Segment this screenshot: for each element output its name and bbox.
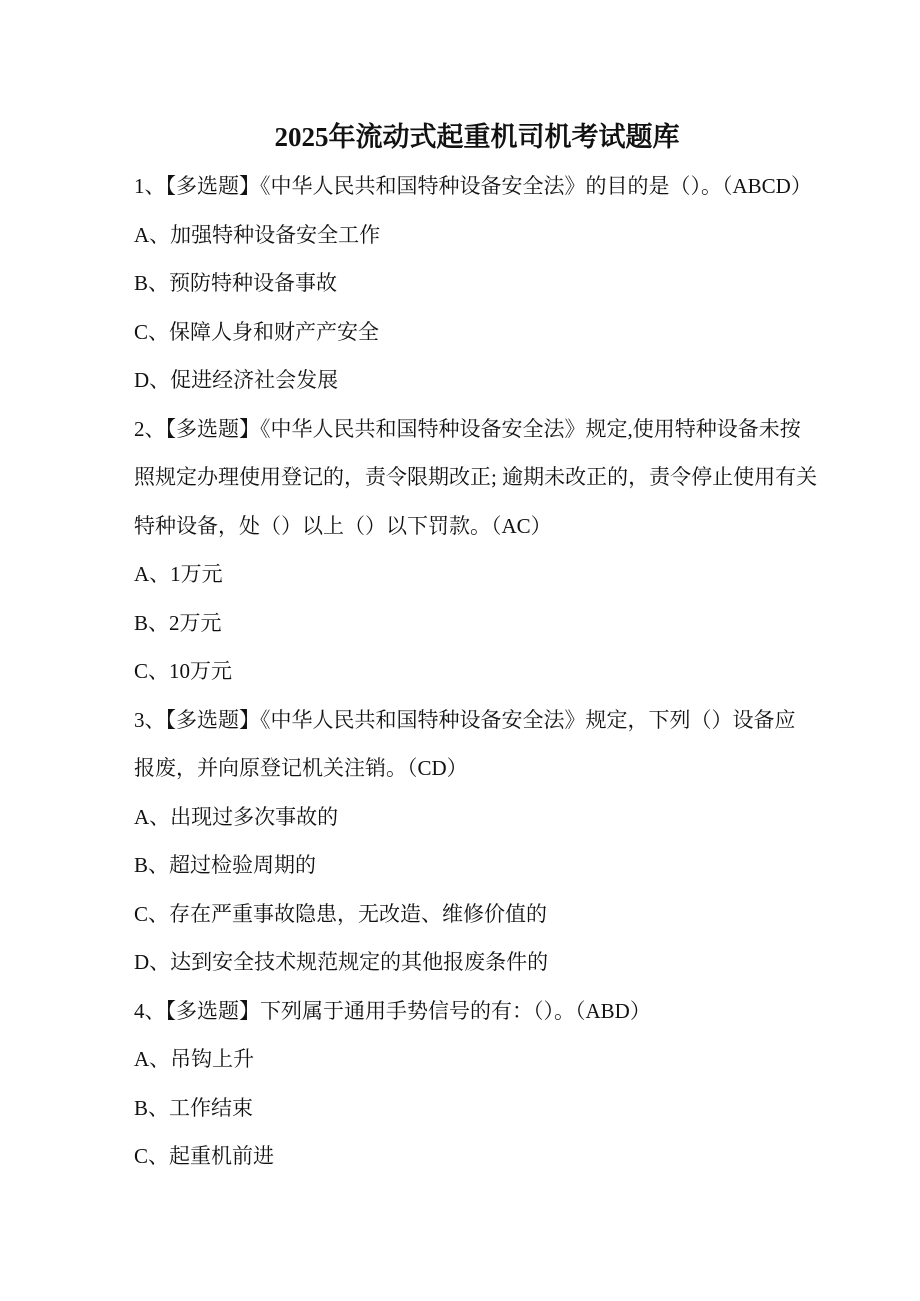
question-1-option-d: D、促进经济社会发展 [134, 356, 820, 405]
question-2-stem-line-2: 照规定办理使用登记的，责令限期改正; 逾期未改正的，责令停止使用有关 [134, 453, 820, 502]
question-2: 2、【多选题】《中华人民共和国特种设备安全法》规定,使用特种设备未按 照规定办理… [134, 405, 820, 696]
question-1-option-c: C、保障人身和财产产安全 [134, 308, 820, 357]
question-4-option-c: C、起重机前进 [134, 1132, 820, 1181]
question-4-stem-line-1: 4、【多选题】下列属于通用手势信号的有：（）。（ABD） [134, 987, 820, 1036]
question-1-stem-line-1: 1、【多选题】《中华人民共和国特种设备安全法》的目的是（）。（ABCD） [134, 162, 820, 211]
document-page: 2025年流动式起重机司机考试题库 1、【多选题】《中华人民共和国特种设备安全法… [0, 0, 920, 1301]
question-3-stem-line-2: 报废，并向原登记机关注销。（CD） [134, 744, 820, 793]
question-3-option-c: C、存在严重事故隐患，无改造、维修价值的 [134, 890, 820, 939]
question-2-option-a: A、1万元 [134, 550, 820, 599]
question-3: 3、【多选题】《中华人民共和国特种设备安全法》规定，下列（）设备应 报废，并向原… [134, 696, 820, 987]
question-2-stem-line-1: 2、【多选题】《中华人民共和国特种设备安全法》规定,使用特种设备未按 [134, 405, 820, 454]
question-4-option-a: A、吊钩上升 [134, 1035, 820, 1084]
question-3-option-b: B、超过检验周期的 [134, 841, 820, 890]
question-4: 4、【多选题】下列属于通用手势信号的有：（）。（ABD） A、吊钩上升 B、工作… [134, 987, 820, 1181]
question-2-option-c: C、10万元 [134, 647, 820, 696]
question-3-stem-line-1: 3、【多选题】《中华人民共和国特种设备安全法》规定，下列（）设备应 [134, 696, 820, 745]
question-1-option-b: B、预防特种设备事故 [134, 259, 820, 308]
document-title: 2025年流动式起重机司机考试题库 [134, 112, 820, 162]
question-4-option-b: B、工作结束 [134, 1084, 820, 1133]
question-3-option-a: A、出现过多次事故的 [134, 793, 820, 842]
question-1: 1、【多选题】《中华人民共和国特种设备安全法》的目的是（）。（ABCD） A、加… [134, 162, 820, 405]
question-2-option-b: B、2万元 [134, 599, 820, 648]
question-3-option-d: D、达到安全技术规范规定的其他报废条件的 [134, 938, 820, 987]
question-1-option-a: A、加强特种设备安全工作 [134, 211, 820, 260]
question-2-stem-line-3: 特种设备，处（）以上（）以下罚款。（AC） [134, 502, 820, 551]
